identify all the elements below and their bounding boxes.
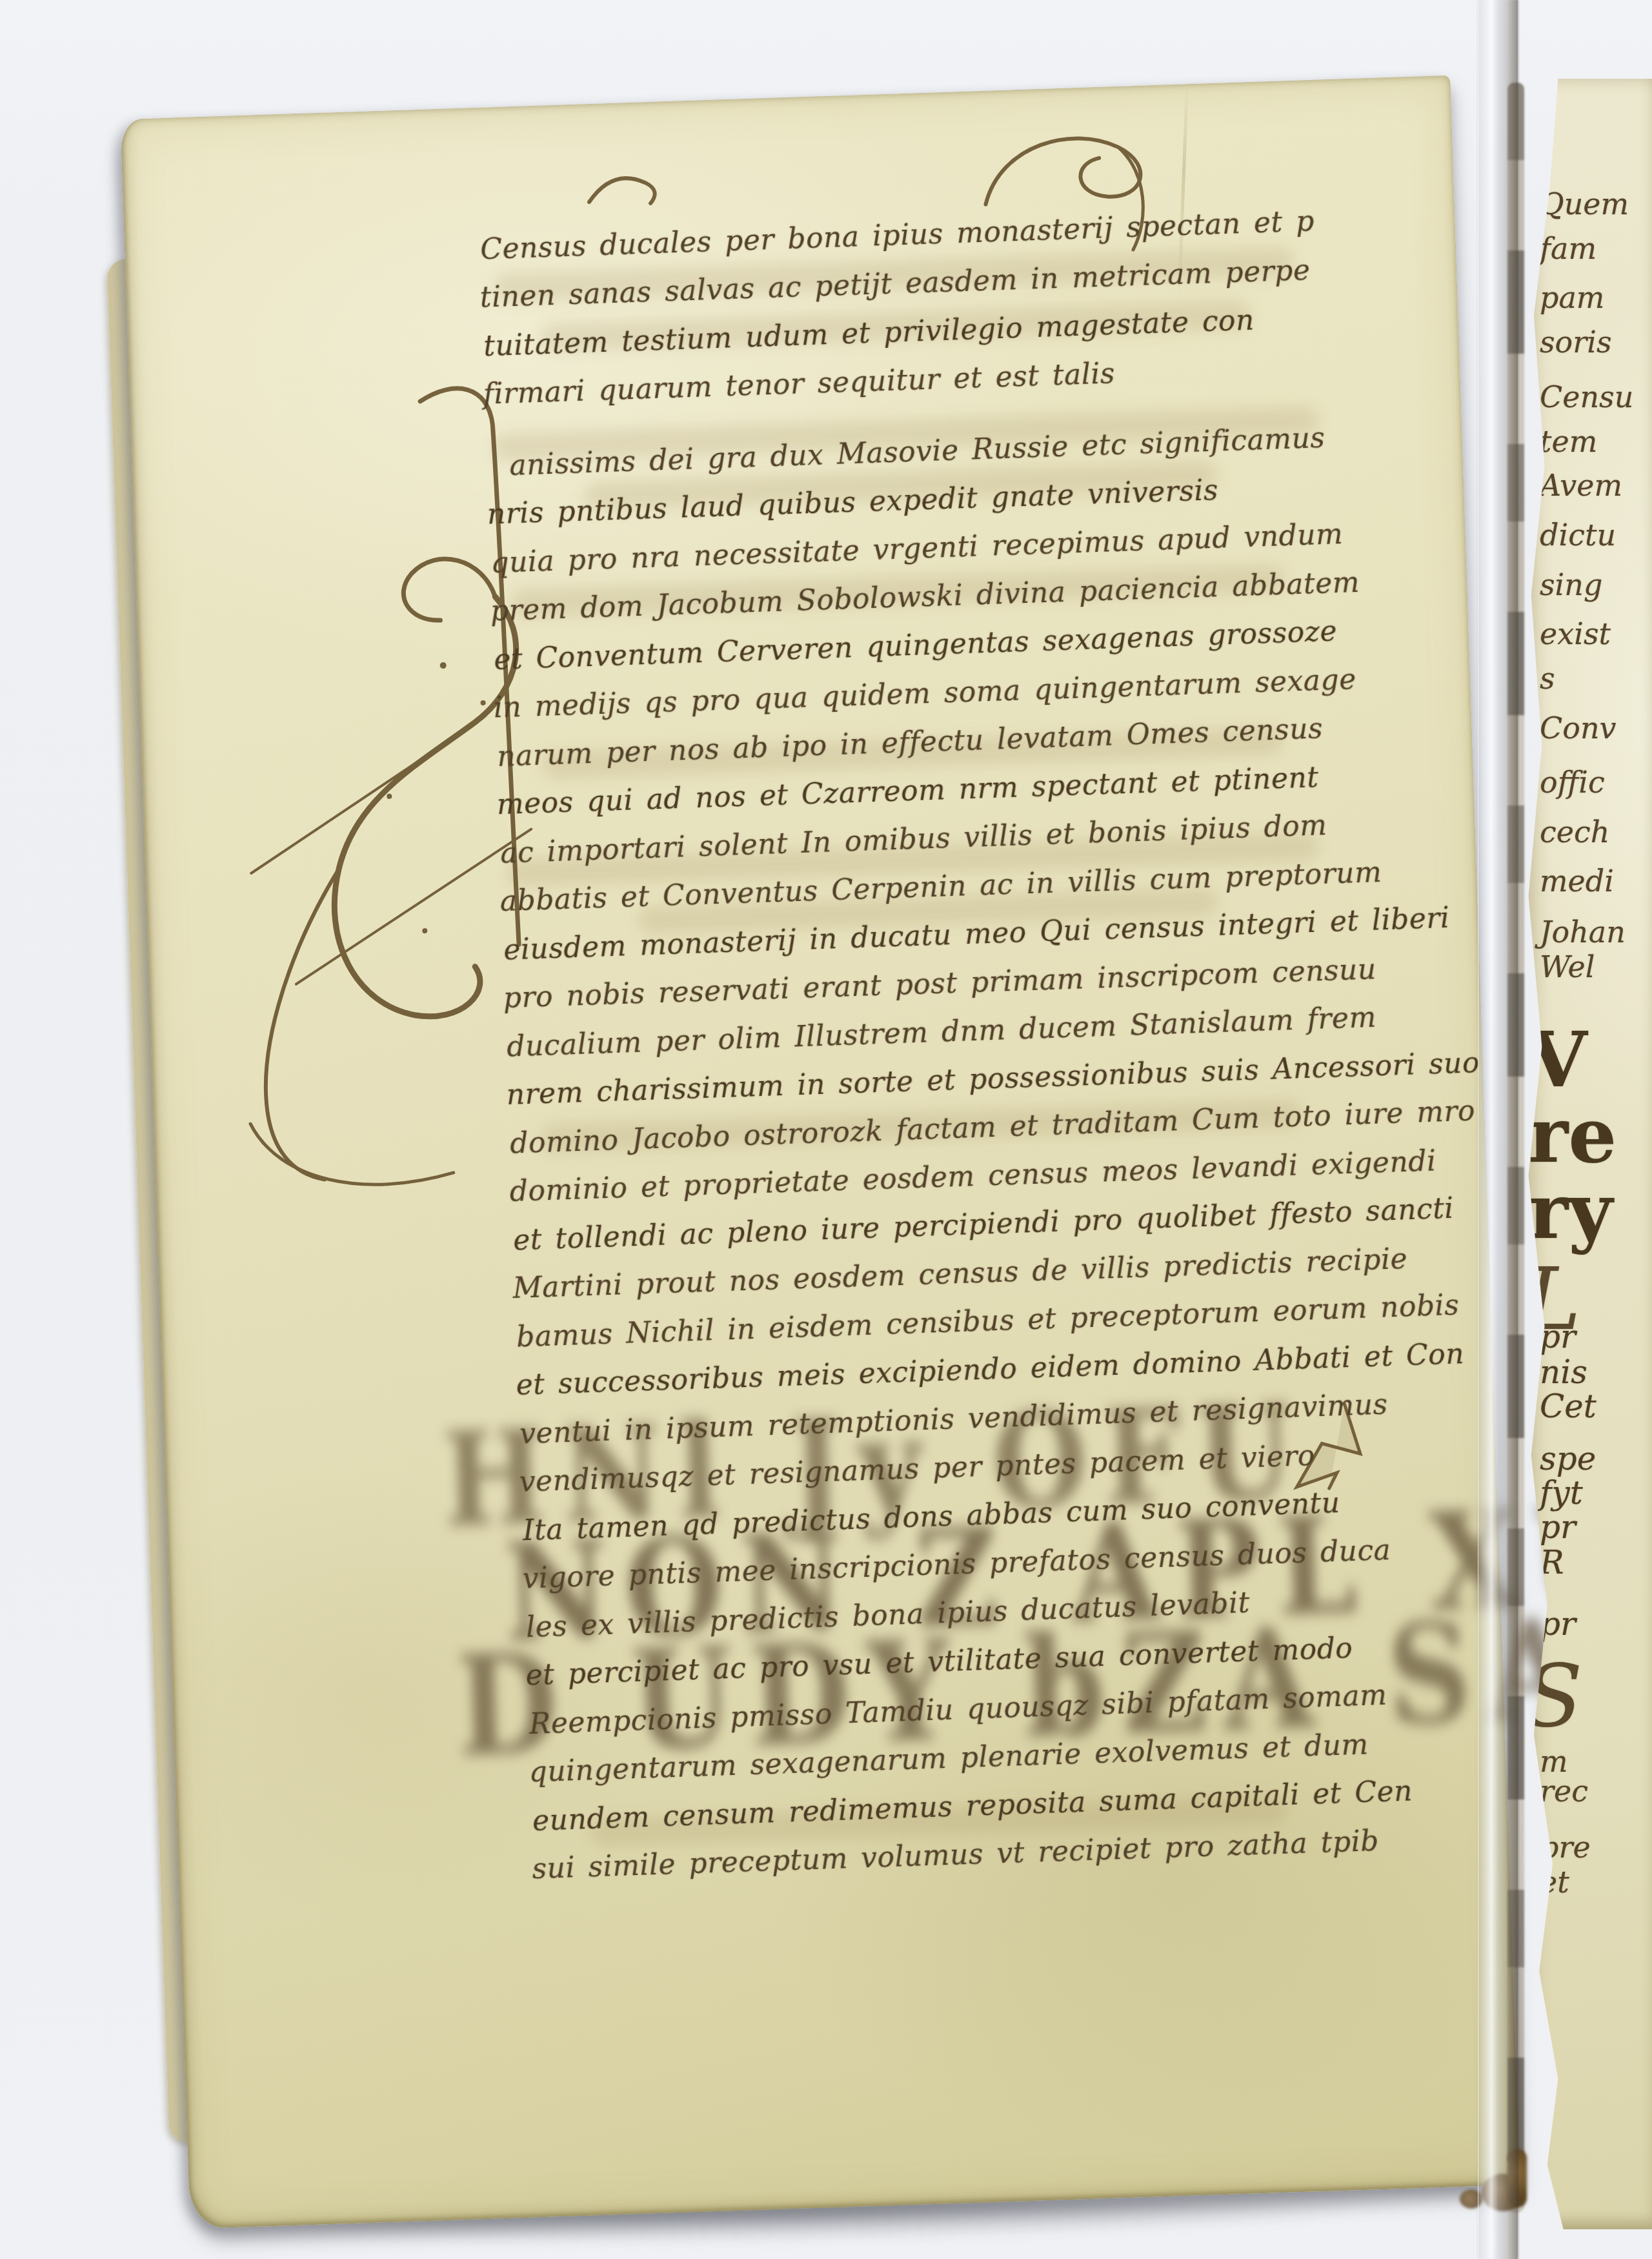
right-page-fragment: medi: [1540, 864, 1614, 898]
right-page-fragment: cech: [1540, 815, 1609, 849]
right-page-text-column: Quem fam pam soris Censu tem Avem dictu …: [1518, 79, 1652, 2229]
right-page-fragment: pr: [1540, 1508, 1576, 1546]
right-page-fragment: exist: [1540, 616, 1611, 651]
right-page-fragment: fyt: [1540, 1474, 1583, 1512]
header-swash-small: [589, 177, 655, 205]
right-page-fragment: sing: [1540, 567, 1602, 602]
right-page-fragment: pr: [1540, 1605, 1576, 1643]
right-facing-page: Quem fam pam soris Censu tem Avem dictu …: [1518, 79, 1652, 2229]
right-page-fragment: tem: [1540, 424, 1597, 459]
right-page-fragment: s: [1540, 661, 1555, 696]
right-page-display-initial: ry: [1528, 1166, 1613, 1256]
right-page-fragment: dictu: [1540, 518, 1616, 552]
right-page-fragment: soris: [1540, 325, 1612, 360]
glass-weight-rod: [1478, 0, 1518, 2259]
right-page-fragment: Avem: [1540, 468, 1622, 503]
right-page-fragment: Censu: [1540, 380, 1633, 414]
manuscript-scan-photo: { "document": { "kind": "medieval manusc…: [0, 0, 1652, 2259]
right-page-fragment: pr: [1540, 1318, 1576, 1355]
right-page-fragment: et: [1540, 1865, 1569, 1899]
right-page-fragment: pam: [1540, 280, 1605, 315]
right-page-fragment: Cet: [1540, 1388, 1597, 1425]
right-page-fragment: fam: [1540, 231, 1597, 266]
right-page-fragment: Quem: [1540, 187, 1629, 221]
right-page-fragment: Wel: [1540, 949, 1595, 984]
header-swash-loop: [983, 136, 1141, 205]
right-page-fragment: offic: [1540, 765, 1605, 800]
right-page-fragment: Conv: [1540, 711, 1617, 745]
right-page-fragment: R: [1540, 1544, 1564, 1581]
right-page-flourish-initial: S: [1524, 1647, 1582, 1747]
right-page-fragment: rec: [1540, 1774, 1588, 1808]
right-page-fragment: spe: [1540, 1440, 1596, 1477]
manuscript-text-block: Census ducales per bona ipius monasterij…: [478, 196, 1402, 1893]
right-page-fragment: Johan: [1540, 915, 1626, 949]
right-page-fragment: pre: [1540, 1830, 1591, 1865]
left-manuscript-page: HNl Jy OFU NON Z APL XU D UDY bZA SAR: [120, 76, 1520, 2229]
right-page-fragment: nis: [1540, 1353, 1587, 1391]
